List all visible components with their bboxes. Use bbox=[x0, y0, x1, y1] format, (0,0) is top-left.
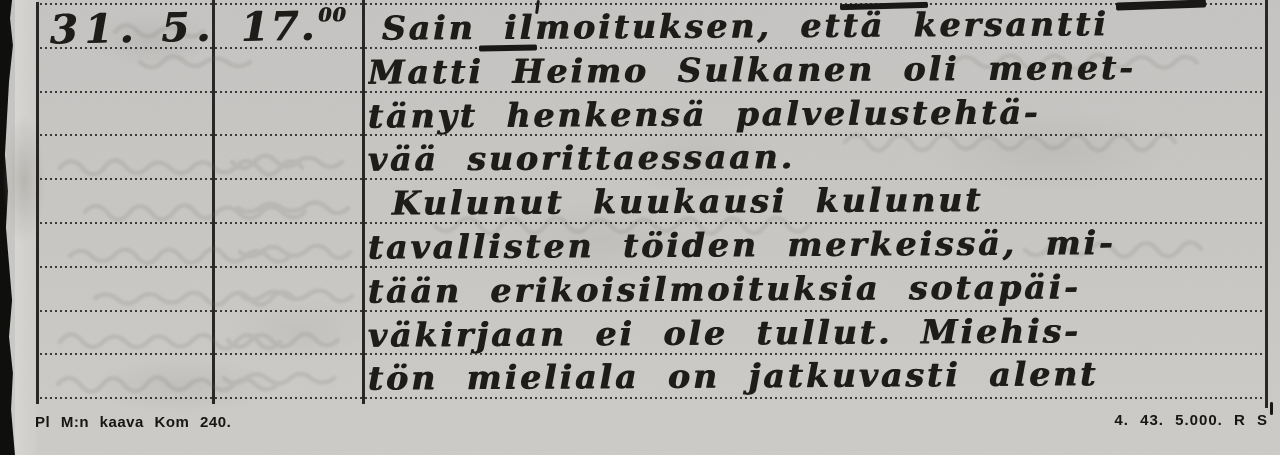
paper-margin-strip bbox=[15, 0, 37, 455]
bleed-through-squiggle bbox=[242, 291, 352, 302]
bleed-through-squiggle bbox=[232, 156, 342, 168]
entry-time: 17.00 bbox=[241, 2, 346, 51]
bleed-through-squiggle bbox=[58, 377, 278, 391]
print-code: 4. 43. 5.000. R S bbox=[1114, 412, 1268, 429]
bleed-through-squiggle bbox=[85, 205, 305, 219]
date-time-column-divider bbox=[212, 0, 215, 404]
bleed-through-squiggle bbox=[140, 56, 250, 67]
bleed-through-squiggle bbox=[224, 374, 334, 383]
entry-text-line: tön mieliala on jatkuvasti alent bbox=[368, 352, 1265, 403]
footer-tick-mark bbox=[1270, 402, 1273, 415]
entry-date: 31. 5. bbox=[50, 4, 218, 54]
entry-text-line: tavallisten töiden merkeissä, mi- bbox=[368, 220, 1265, 271]
table-left-border bbox=[36, 2, 39, 404]
bleed-through-squiggle bbox=[228, 334, 338, 347]
entry-time-hours: 17. bbox=[241, 3, 317, 51]
diary-page-scan: 31. 5. 17.00 Sain ilmoituksen, että kers… bbox=[0, 0, 1280, 455]
bleed-through-squiggle bbox=[95, 292, 293, 305]
bleed-through-squiggle bbox=[240, 246, 350, 258]
bleed-through-squiggle bbox=[60, 334, 280, 348]
entry-text-line: Matti Heimo Sulkanen oli menet- bbox=[368, 45, 1265, 96]
ink-underline-mark bbox=[479, 44, 537, 51]
bleed-through-squiggle bbox=[60, 160, 302, 174]
form-code: Pl M:n kaava Kom 240. bbox=[35, 414, 231, 431]
entry-text-line: tään erikoisilmoituksia sotapäi- bbox=[368, 264, 1265, 315]
entry-time-minutes: 00 bbox=[318, 4, 347, 26]
bleed-through-squiggle bbox=[70, 249, 290, 263]
time-text-column-divider bbox=[362, 0, 365, 404]
bleed-through-squiggle bbox=[238, 203, 348, 214]
